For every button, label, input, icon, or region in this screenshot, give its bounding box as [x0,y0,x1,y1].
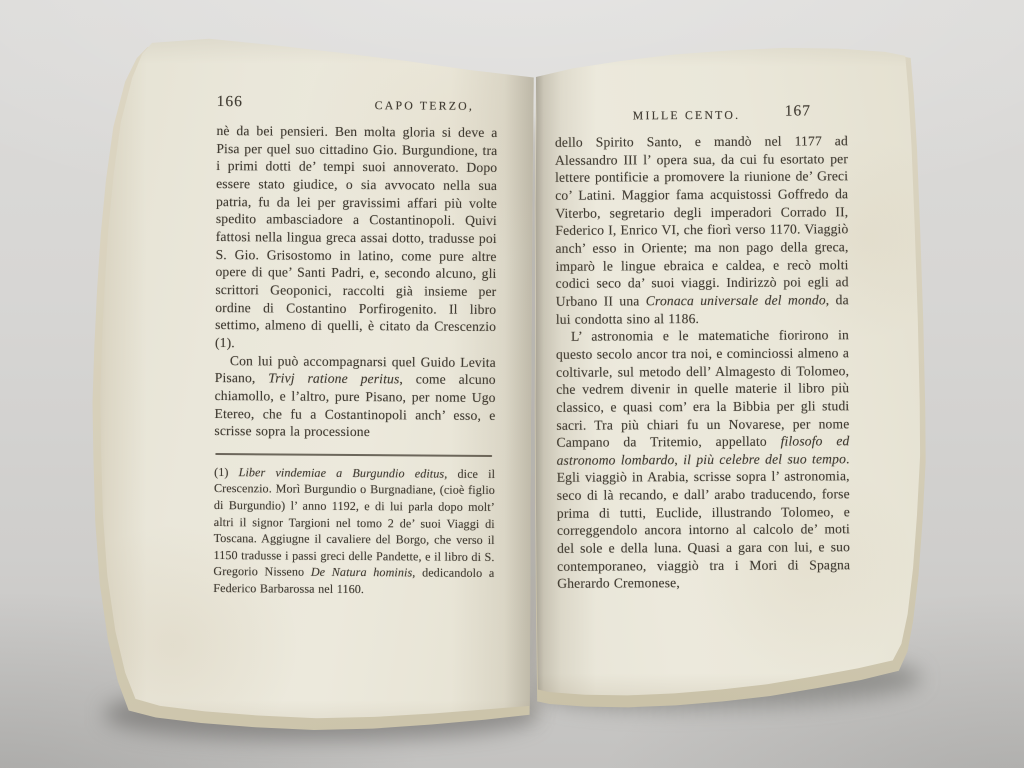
right-running-title: MILLE CENTO. [633,108,741,124]
right-page-header: MILLE CENTO. 167 [555,103,848,127]
right-paragraph-1: dello Spirito Santo, e mandò nel 1177 ad… [555,132,849,328]
left-paragraph-1: nè da bei pensieri. Ben molta gloria si … [215,122,498,353]
footnote-separator [215,453,492,457]
left-paragraph-2: Con lui può accompagnarsi quel Guido Lev… [214,352,496,442]
left-page-number: 166 [217,93,243,111]
left-page-header: 166 CAPO TERZO, [217,93,498,117]
photo-surface: 166 CAPO TERZO, nè da bei pensieri. Ben … [0,0,1024,768]
left-page-text: 166 CAPO TERZO, nè da bei pensieri. Ben … [213,93,498,599]
right-page: MILLE CENTO. 167 dello Spirito Santo, e … [534,40,924,700]
left-page: 166 CAPO TERZO, nè da bei pensieri. Ben … [93,36,540,728]
right-page-text: MILLE CENTO. 167 dello Spirito Santo, e … [555,103,851,593]
left-running-title: CAPO TERZO, [375,98,474,114]
right-paragraph-2: L’ astronomia e le matematiche fiorirono… [556,326,850,592]
left-footnote: (1) Liber vindemiae a Burgundio editus, … [213,464,495,599]
right-page-number: 167 [785,102,811,120]
